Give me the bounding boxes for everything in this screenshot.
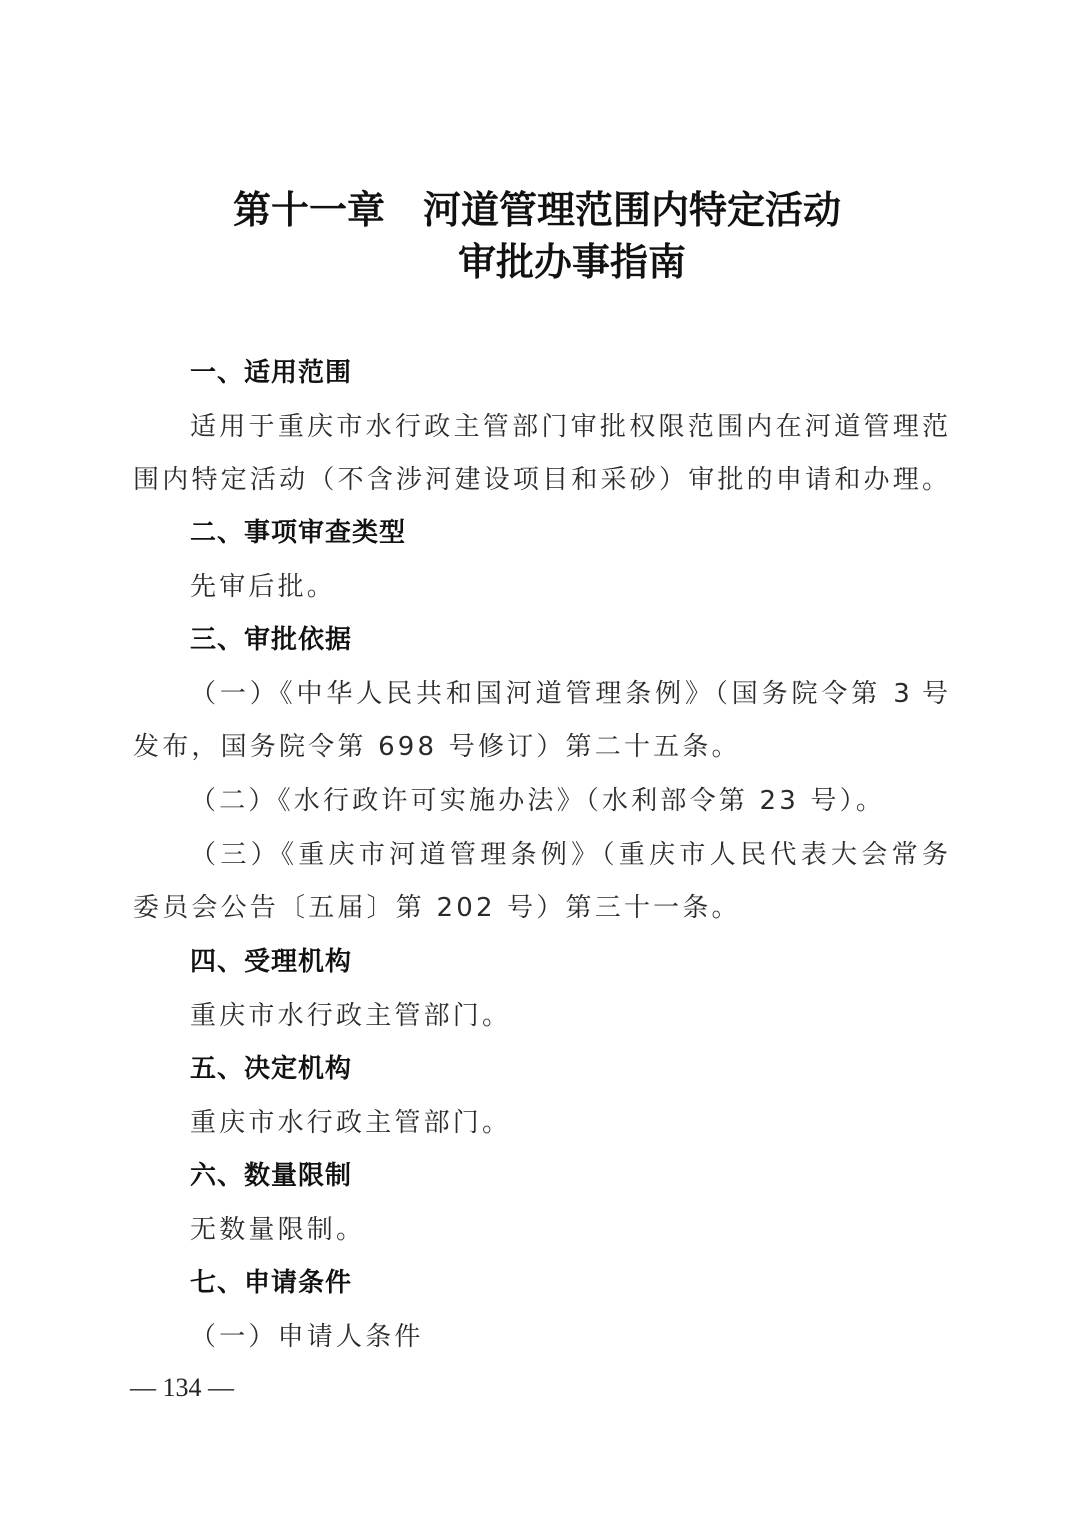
section-heading-scope: 一、适用范围 [190,355,948,391]
paragraph-line: 重庆市水行政主管部门。 [190,1105,948,1141]
section-heading-approval-basis: 三、审批依据 [190,622,948,658]
section-heading-review-type: 二、事项审查类型 [190,515,948,551]
paragraph-line: 重庆市水行政主管部门。 [190,998,948,1034]
paragraph-line: 先审后批。 [190,569,948,605]
paragraph-line: （二）《水行政许可实施办法》（水利部令第 23 号）。 [190,783,948,819]
document-page: 第十一章 河道管理范围内特定活动 审批办事指南 一、适用范围 适用于重庆市水行政… [0,0,1074,1520]
paragraph-line: （一）申请人条件 [190,1319,948,1355]
paragraph-line: 围内特定活动（不含涉河建设项目和采砂）审批的申请和办理。 [133,462,948,498]
paragraph-line: （三）《重庆市河道管理条例》（重庆市人民代表大会常务 [190,837,948,873]
section-heading-quantity-limit: 六、数量限制 [190,1158,948,1194]
chapter-title-line-2: 审批办事指南 [0,236,1074,288]
chapter-title-line-1: 第十一章 河道管理范围内特定活动 [0,184,1074,236]
section-heading-accepting-agency: 四、受理机构 [190,944,948,980]
section-heading-application-conditions: 七、申请条件 [190,1265,948,1301]
paragraph-line: 发布，国务院令第 698 号修订）第二十五条。 [133,729,948,765]
paragraph-line: 无数量限制。 [190,1212,948,1248]
paragraph-line: 适用于重庆市水行政主管部门审批权限范围内在河道管理范 [190,409,948,445]
page-number: — 134 — [130,1372,234,1404]
paragraph-line: （一）《中华人民共和国河道管理条例》（国务院令第 3 号 [190,676,948,712]
section-heading-deciding-agency: 五、决定机构 [190,1051,948,1087]
paragraph-line: 委员会公告〔五届〕第 202 号）第三十一条。 [133,890,948,926]
